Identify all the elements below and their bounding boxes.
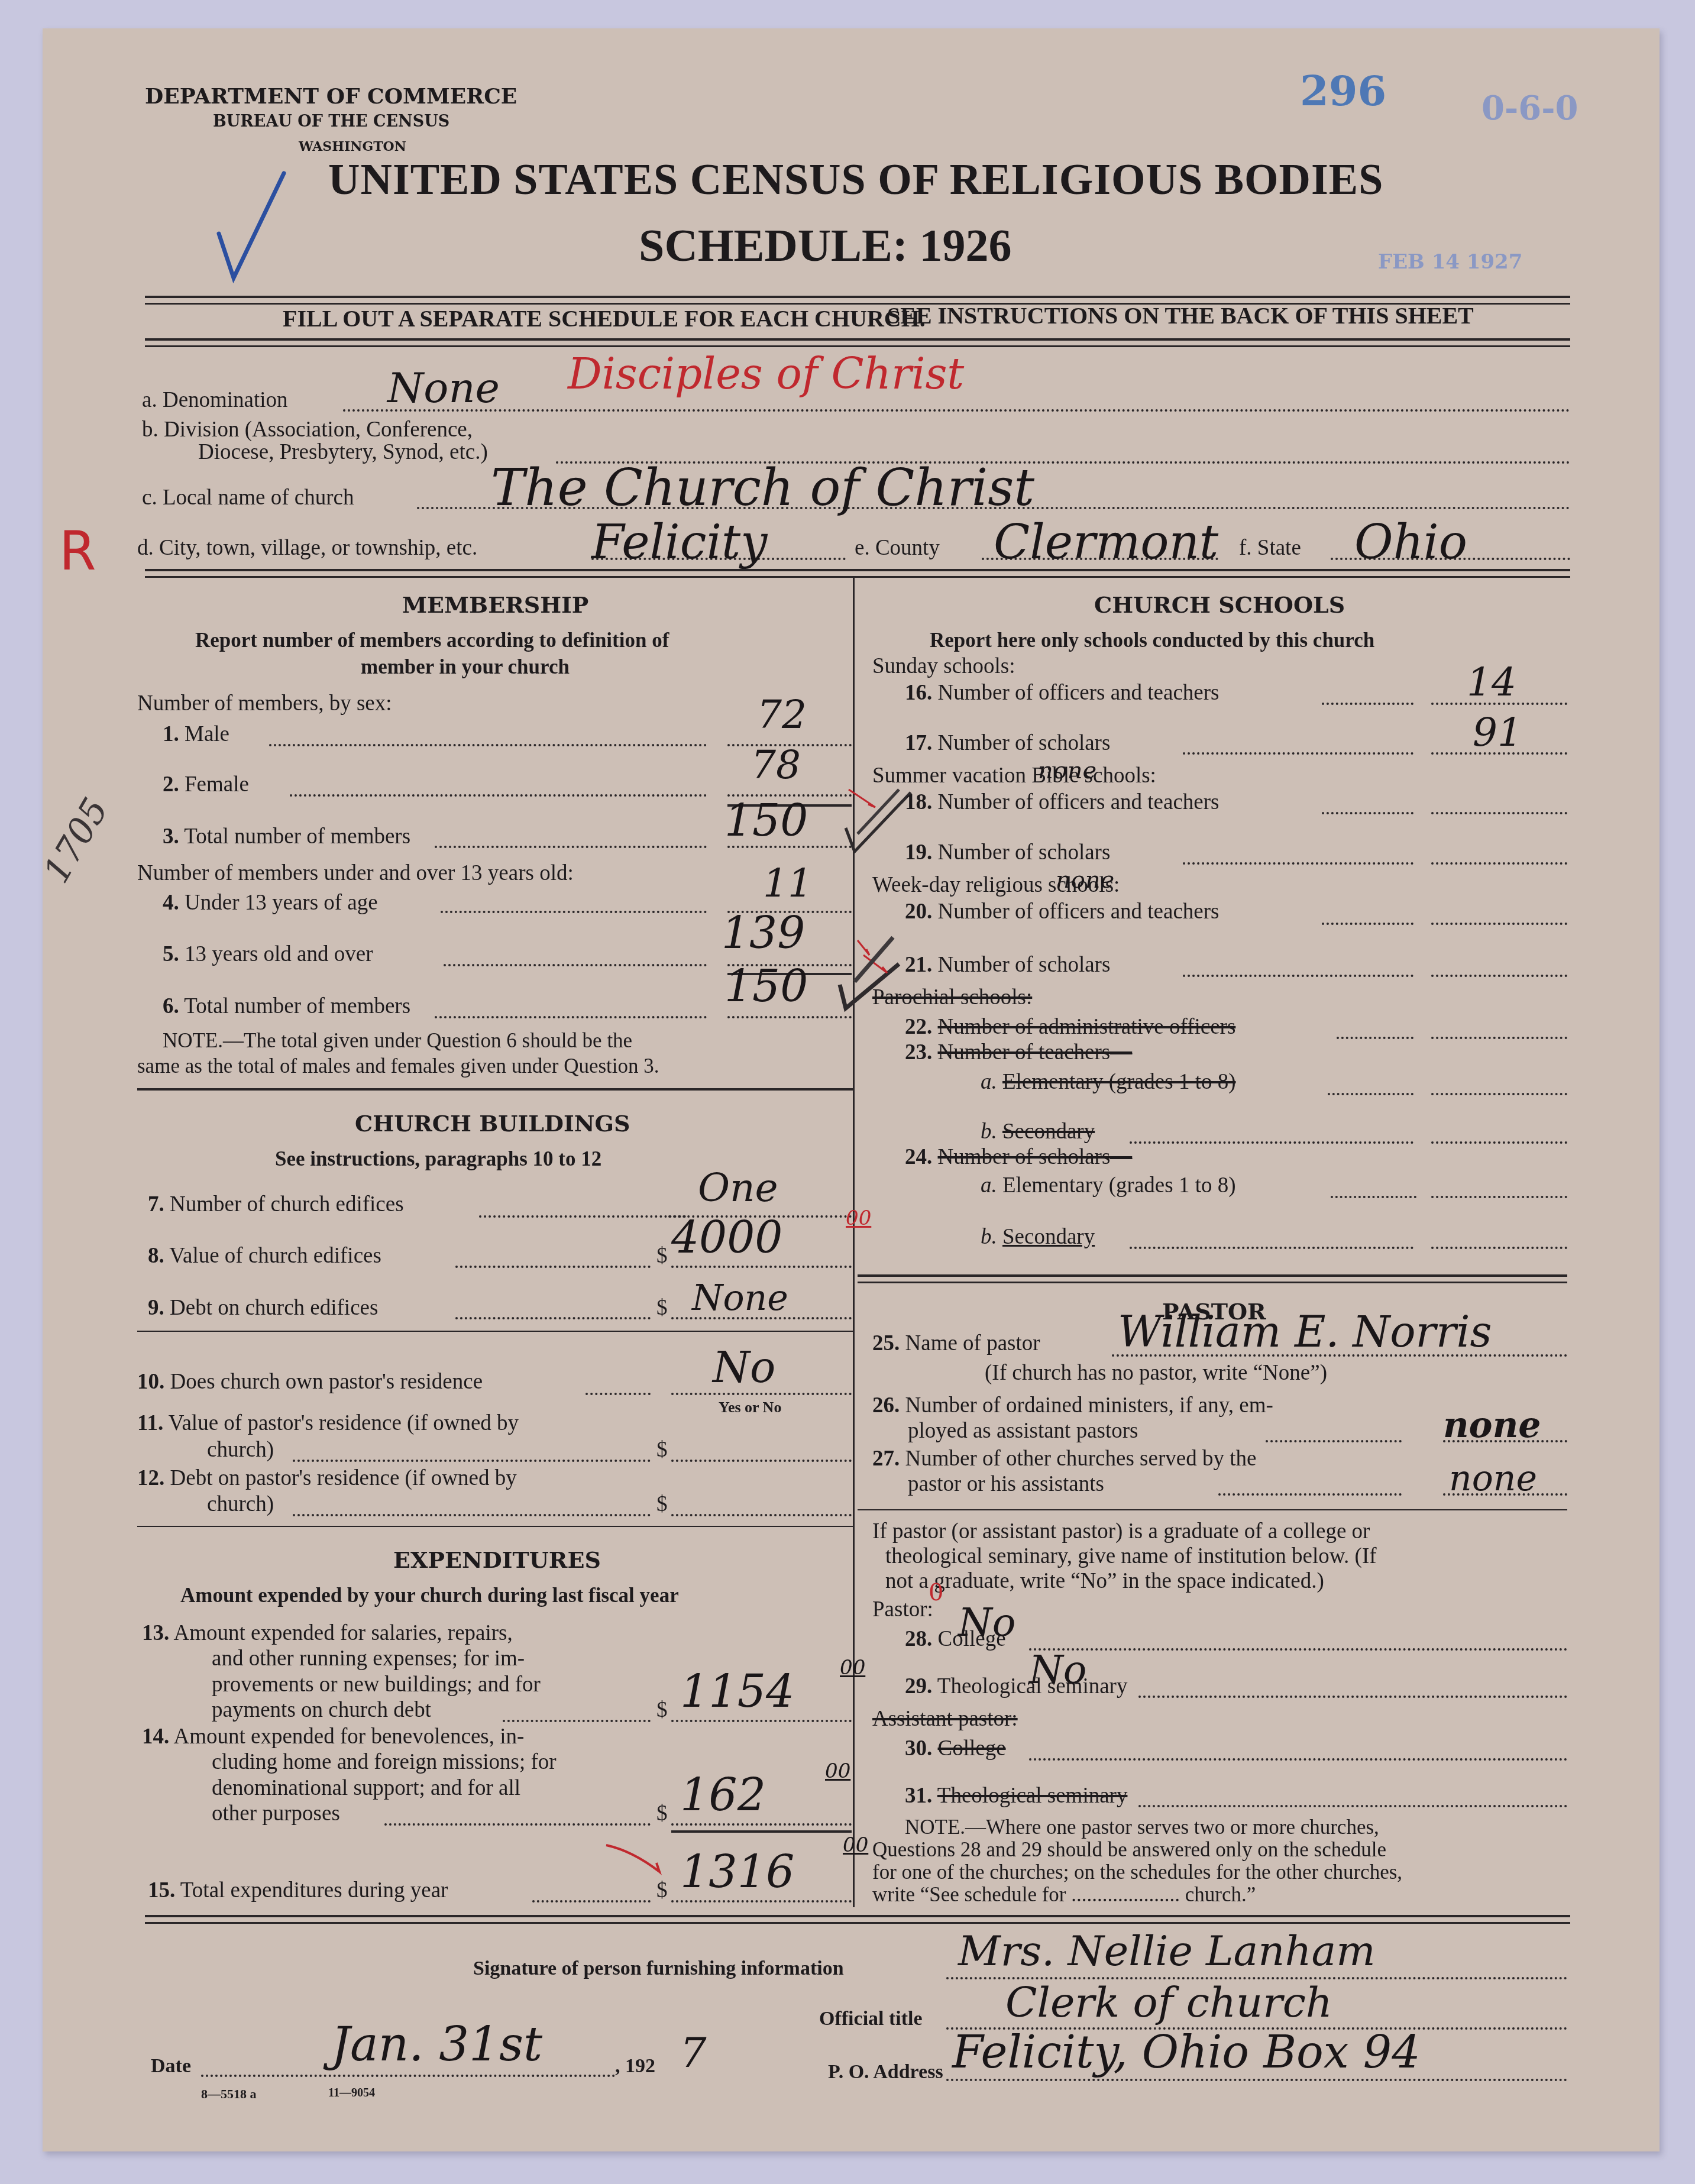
q23b-leader [1130,1141,1413,1144]
church-schools-subtitle: Report here only schools conducted by th… [930,629,1374,652]
q6-leader [435,1016,707,1018]
q12-field[interactable] [671,1514,852,1516]
footer-divider [145,1915,1570,1924]
by-sex-label: Number of members, by sex: [137,691,392,716]
residence-divider [137,1526,853,1527]
q12-label: 12. Debt on pastor's residence (if owned… [137,1465,517,1491]
date-label: Date [151,2055,191,2078]
weekday-schools-value[interactable]: none [1056,866,1114,894]
denomination-value[interactable]: Disciples of Christ [568,349,964,399]
instruction-divider [145,338,1570,347]
buildings-divider [137,1331,853,1332]
q17-label: 17. Number of scholars [905,730,1110,756]
q25-value[interactable]: William E. Norris [1118,1307,1492,1357]
q1-value[interactable]: 72 [757,692,807,737]
q9-value[interactable]: None [692,1277,788,1319]
q8-dollar: $ [656,1243,668,1269]
q16-leader [1322,703,1413,705]
q17-value[interactable]: 91 [1473,710,1522,755]
q18-label: 18. Number of officers and teachers [905,790,1220,815]
q28-value[interactable]: No [958,1600,1016,1645]
sunday-schools-label: Sunday schools: [872,653,1015,679]
po-address-value[interactable]: Felicity, Ohio Box 94 [952,2026,1421,2078]
denomination-label: a. Denomination [142,387,288,413]
margin-red-letter: R [59,520,96,583]
q29-label: 29. Theological seminary [905,1674,1127,1699]
membership-subtitle-1: Report number of members according to de… [195,629,669,652]
q2-label: 2. Female [163,772,249,797]
q25-hint: (If church has no pastor, write “None”) [985,1360,1327,1386]
q9-leader [455,1317,651,1319]
year-digit[interactable]: 7 [680,2028,707,2077]
q30-field[interactable] [1029,1758,1567,1761]
year-prefix: , 192 [615,2055,655,2078]
q15-leader [532,1900,651,1902]
q17-leader [1183,752,1413,755]
q6-label: 6. Total number of members [163,994,410,1019]
check-icon [852,787,905,840]
q9-dollar: $ [656,1295,668,1321]
received-date-stamp: FEB 14 1927 [1378,250,1522,274]
by-age-label: Number of members under and over 13 year… [137,860,574,886]
q14-cents: 00 [825,1759,850,1783]
instruction-separate-schedule: FILL OUT A SEPARATE SCHEDULE FOR EACH CH… [283,305,926,332]
q15-cents: 00 [843,1833,868,1857]
q31-label: 31. Theological seminary [905,1783,1127,1808]
column-divider [853,577,855,1907]
graduate-note-3: not a graduate, write “No” in the space … [885,1568,1324,1594]
q30-label: 30. College [905,1736,1006,1761]
q27-label: 27. Number of other churches served by t… [872,1446,1256,1471]
q7-leader [479,1215,686,1218]
q21-leader [1183,975,1413,977]
membership-subtitle-2: member in your church [361,655,570,679]
pastor-note-3: for one of the churches; on the schedule… [872,1861,1402,1884]
q13-label-4: payments on church debt [212,1697,431,1723]
q26-label-2: ployed as assistant pastors [908,1418,1138,1444]
q24a-leader [1331,1196,1416,1198]
q12-dollar: $ [656,1491,668,1517]
q5-label: 5. 13 years old and over [163,941,373,967]
q13-label-3: provements or new buildings; and for [212,1672,541,1697]
city-label: d. City, town, village, or township, etc… [137,535,477,561]
q2-value[interactable]: 78 [751,742,801,788]
graduate-note-1: If pastor (or assistant pastor) is a gra… [872,1519,1370,1544]
q13-leader [503,1720,651,1722]
pastor-label: Pastor: [872,1597,933,1622]
q11-label-2: church) [207,1437,274,1463]
po-address-label: P. O. Address [828,2061,943,2083]
q1-label: 1. Male [163,721,229,747]
q7-label: 7. Number of church edifices [148,1192,404,1217]
q5-value[interactable]: 139 [722,908,805,959]
q2-leader [290,794,707,797]
division-label-2: Diocese, Presbytery, Synod, etc.) [198,439,488,465]
q18-field[interactable] [1431,812,1567,814]
city-name: WASHINGTON [299,139,406,154]
denomination-value-crossed[interactable]: None [387,364,500,412]
q31-field[interactable] [1138,1805,1567,1807]
church-buildings-title: CHURCH BUILDINGS [355,1110,630,1137]
q19-leader [1183,862,1413,865]
stamp-code: 0-6-0 [1481,89,1578,128]
q29-field[interactable] [1138,1696,1567,1698]
q11-dollar: $ [656,1437,668,1463]
q20-leader [1322,923,1413,925]
membership-note-1: NOTE.—The total given under Question 6 s… [163,1029,632,1053]
q26-label: 26. Number of ordained ministers, if any… [872,1393,1273,1418]
q11-field[interactable] [671,1460,852,1462]
q8-label: 8. Value of church edifices [148,1243,381,1269]
q13-dollar: $ [656,1697,668,1723]
q24b-label: b. Secondary [981,1224,1095,1250]
county-label: e. County [855,535,940,561]
q8-leader [455,1266,651,1268]
q14-label-2: cluding home and foreign missions; for [212,1749,557,1775]
q14-sum-line [671,1830,852,1833]
signature-value[interactable]: Mrs. Nellie Lanham [958,1927,1376,1975]
q10-value[interactable]: No [713,1342,775,1392]
q16-label: 16. Number of officers and teachers [905,680,1220,706]
q24a-field[interactable] [1431,1196,1567,1198]
city-value[interactable]: Felicity [591,515,767,570]
signature-label: Signature of person furnishing informati… [473,1957,844,1980]
summer-schools-value[interactable]: none [1038,757,1096,784]
q13-field[interactable] [671,1720,852,1722]
q23-label: 23. Number of teachers— [905,1040,1132,1065]
q26-leader [1266,1440,1402,1442]
pastor-note-2: Questions 28 and 29 should be answered o… [872,1838,1386,1862]
q15-dollar: $ [656,1878,668,1903]
q21-label: 21. Number of scholars [905,952,1110,978]
q20-field[interactable] [1431,923,1567,925]
date-field[interactable] [201,2075,615,2077]
q3-leader [435,846,707,848]
q13-label-2: and other running expenses; for im- [212,1646,525,1671]
q19-field[interactable] [1431,862,1567,865]
q13-cents: 00 [840,1656,865,1680]
schools-divider [858,1274,1567,1283]
q8-cents: 00 [846,1206,871,1230]
instruction-see-back: SEE INSTRUCTIONS ON THE BACK OF THIS SHE… [887,302,1474,329]
q12-leader [293,1514,651,1516]
q26-value[interactable]: none [1443,1405,1541,1446]
q15-label: 15. Total expenditures during year [148,1878,448,1903]
q4-leader [441,911,707,913]
membership-divider [137,1088,853,1091]
q23a-leader [1328,1093,1413,1095]
form-title: UNITED STATES CENSUS OF RELIGIOUS BODIES [328,155,1383,205]
q8-field[interactable] [671,1266,852,1268]
q11-label: 11. Value of pastor's residence (if owne… [137,1410,519,1436]
summer-schools-label: Summer vacation Bible schools: [872,763,1156,788]
q3-label: 3. Total number of members [163,824,410,849]
q5-leader [444,964,707,966]
department-name: DEPARTMENT OF COMMERCE [145,84,517,109]
q9-label: 9. Debt on church edifices [148,1295,378,1321]
official-title-value[interactable]: Clerk of church [1005,1978,1332,2027]
q8-value[interactable]: 4000 [671,1212,782,1263]
q22-leader [1337,1037,1413,1039]
q10-leader [586,1393,651,1395]
church-buildings-subtitle: See instructions, paragraphs 10 to 12 [275,1147,601,1171]
identification-divider [145,569,1570,578]
local-name-label: c. Local name of church [142,485,354,510]
q14-value[interactable]: 162 [680,1768,766,1821]
denomination-line [343,409,1570,412]
date-value[interactable]: Jan. 31st [331,2017,542,2072]
expenditures-title: EXPENDITURES [393,1546,601,1573]
q20-label: 20. Number of officers and teachers [905,899,1220,924]
state-value[interactable]: Ohio [1354,515,1467,570]
q13-label: 13. Amount expended for salaries, repair… [142,1620,513,1646]
form-number: 8—5518 a [201,2086,257,2102]
q24b-leader [1130,1247,1413,1249]
parochial-schools-label: Parochial schools: [872,985,1032,1010]
q11-leader [293,1460,651,1462]
membership-note-2: same as the total of males and females g… [137,1054,659,1078]
q12-label-2: church) [207,1491,274,1517]
q22-label: 22. Number of administrative officers [905,1014,1235,1040]
blue-check-icon [207,169,343,287]
red-arrow-icon [603,1839,668,1881]
q21-field[interactable] [1431,975,1567,977]
q7-value[interactable]: One [698,1165,778,1211]
q23b-field[interactable] [1431,1141,1567,1144]
q24a-label: a. Elementary (grades 1 to 8) [981,1173,1236,1198]
pastor-note-4: write “See schedule for ................… [872,1883,1256,1907]
church-schools-title: CHURCH SCHOOLS [1094,591,1345,618]
q27-label-2: pastor or his assistants [908,1471,1104,1497]
q15-field[interactable] [671,1900,852,1902]
q29-value[interactable]: No [1029,1647,1087,1693]
q14-label-3: denominational support; and for all [212,1775,520,1801]
q22-field[interactable] [1431,1037,1567,1039]
q23b-label: b. Secondary [981,1119,1095,1144]
county-value[interactable]: Clermont [994,515,1218,570]
q27-leader [1218,1493,1402,1496]
pastor-divider [858,1509,1567,1510]
q28-field[interactable] [1029,1648,1567,1651]
membership-title: MEMBERSHIP [402,591,588,618]
q14-dollar: $ [656,1801,668,1826]
bureau-name: BUREAU OF THE CENSUS [213,112,449,131]
graduate-note-2: theological seminary, give name of insti… [885,1544,1377,1569]
q14-leader [384,1823,651,1826]
q23a-field[interactable] [1431,1093,1567,1095]
schedule-title: SCHEDULE: 1926 [639,219,1012,272]
q24-label: 24. Number of scholars— [905,1144,1132,1170]
assistant-pastor-label: Assistant pastor: [872,1706,1018,1732]
q14-label-4: other purposes [212,1801,340,1826]
q6-value[interactable]: 150 [724,961,808,1012]
q27-value[interactable]: none [1449,1458,1537,1499]
q14-field[interactable] [671,1823,852,1826]
red-zero-mark: 0 [929,1579,943,1606]
check-icon [852,934,905,988]
q1-leader [269,744,707,746]
q4-value[interactable]: 11 [763,860,813,906]
q25-label: 25. Name of pastor [872,1331,1040,1356]
q19-label: 19. Number of scholars [905,840,1110,865]
state-label: f. State [1239,535,1301,561]
official-title-label: Official title [819,2008,923,2030]
stamp-number: 296 [1300,66,1386,115]
q24b-field[interactable] [1431,1247,1567,1249]
local-name-value[interactable]: The Church of Christ [491,458,1034,517]
q13-value[interactable]: 1154 [680,1665,794,1717]
q10-field[interactable] [671,1393,852,1395]
q23a-label: a. Elementary (grades 1 to 8) [981,1069,1236,1095]
q4-label: 4. Under 13 years of age [163,890,378,915]
q10-hint: Yes or No [719,1399,781,1416]
print-number: 11—9054 [328,2086,375,2100]
q10-label: 10. Does church own pastor's residence [137,1369,483,1394]
po-address-field[interactable] [946,2079,1567,2081]
q18-leader [1322,812,1413,814]
pastor-note-1: NOTE.—Where one pastor serves two or mor… [905,1816,1379,1839]
division-label: b. Division (Association, Conference, [142,417,473,442]
q16-value[interactable]: 14 [1467,659,1516,705]
q15-value[interactable]: 1316 [680,1845,794,1898]
expenditures-subtitle: Amount expended by your church during la… [180,1584,679,1607]
q14-label: 14. Amount expended for benevolences, in… [142,1724,524,1749]
q3-value[interactable]: 150 [724,795,808,846]
